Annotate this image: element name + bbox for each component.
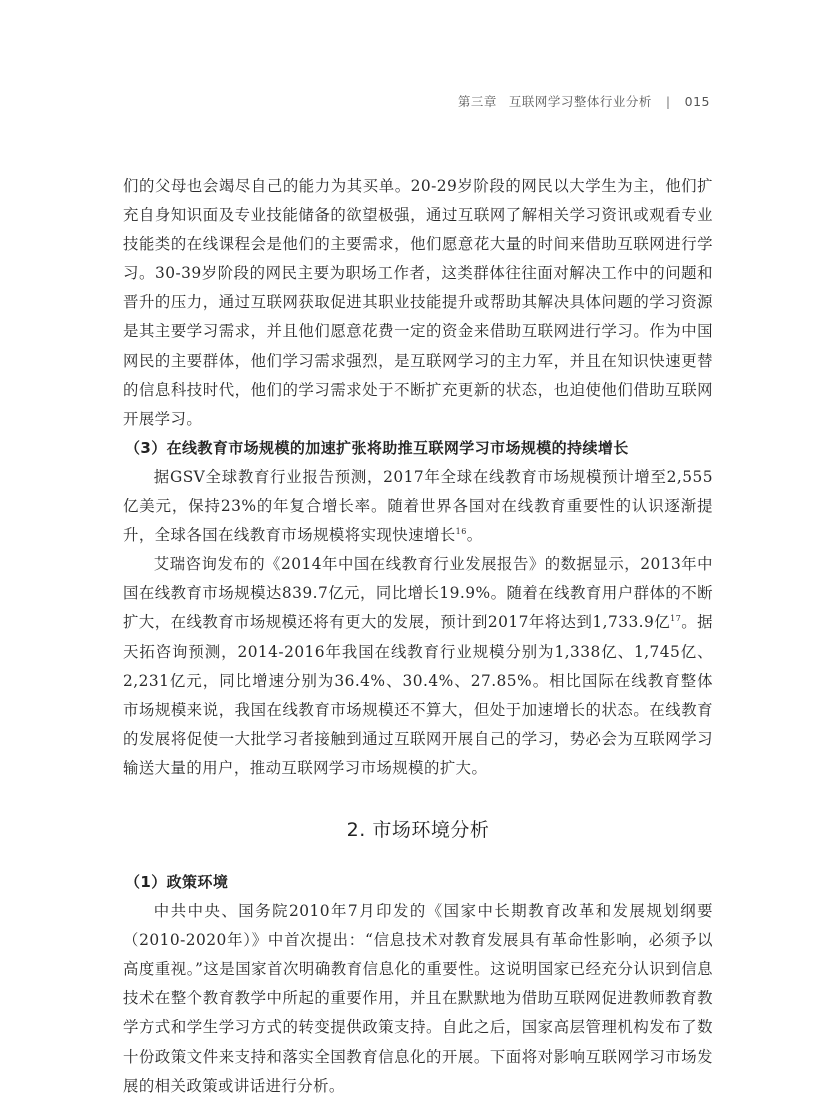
paragraph-end: 。	[467, 526, 483, 544]
chapter-title: 互联网学习整体行业分析	[509, 92, 652, 110]
subheading-1: （1）政策环境	[123, 868, 713, 897]
footnote-ref-16[interactable]: 16	[456, 527, 467, 536]
running-header: 第三章 互联网学习整体行业分析 | 015	[458, 92, 710, 110]
paragraph-policy: 中共中央、国务院2010年7月印发的《国家中长期教育改革和发展规划纲要（2010…	[123, 897, 713, 1100]
page-number: 015	[685, 94, 710, 109]
subheading-3: （3）在线教育市场规模的加速扩张将助推互联网学习市场规模的持续增长	[123, 434, 713, 463]
section-title: 2. 市场环境分析	[123, 815, 713, 842]
paragraph-text: 据GSV全球教育行业报告预测，2017年全球在线教育市场规模预计增至2,555亿…	[123, 468, 713, 544]
paragraph-iresearch: 艾瑞咨询发布的《2014年中国在线教育行业发展报告》的数据显示，2013年中国在…	[123, 550, 713, 783]
page-body: 们的父母也会竭尽自己的能力为其买单。20-29岁阶段的网民以大学生为主，他们扩充…	[123, 172, 713, 1100]
chapter-label: 第三章	[458, 92, 497, 110]
paragraph-gsv: 据GSV全球教育行业报告预测，2017年全球在线教育市场规模预计增至2,555亿…	[123, 463, 713, 550]
footnote-ref-17[interactable]: 17	[670, 614, 681, 623]
paragraph-continuation: 们的父母也会竭尽自己的能力为其买单。20-29岁阶段的网民以大学生为主，他们扩充…	[123, 172, 713, 434]
paragraph-text-b: 。据天拓咨询预测，2014-2016年我国在线教育行业规模分别为1,338亿、1…	[123, 613, 713, 776]
header-separator: |	[666, 94, 671, 109]
paragraph-text-a: 艾瑞咨询发布的《2014年中国在线教育行业发展报告》的数据显示，2013年中国在…	[123, 555, 713, 631]
